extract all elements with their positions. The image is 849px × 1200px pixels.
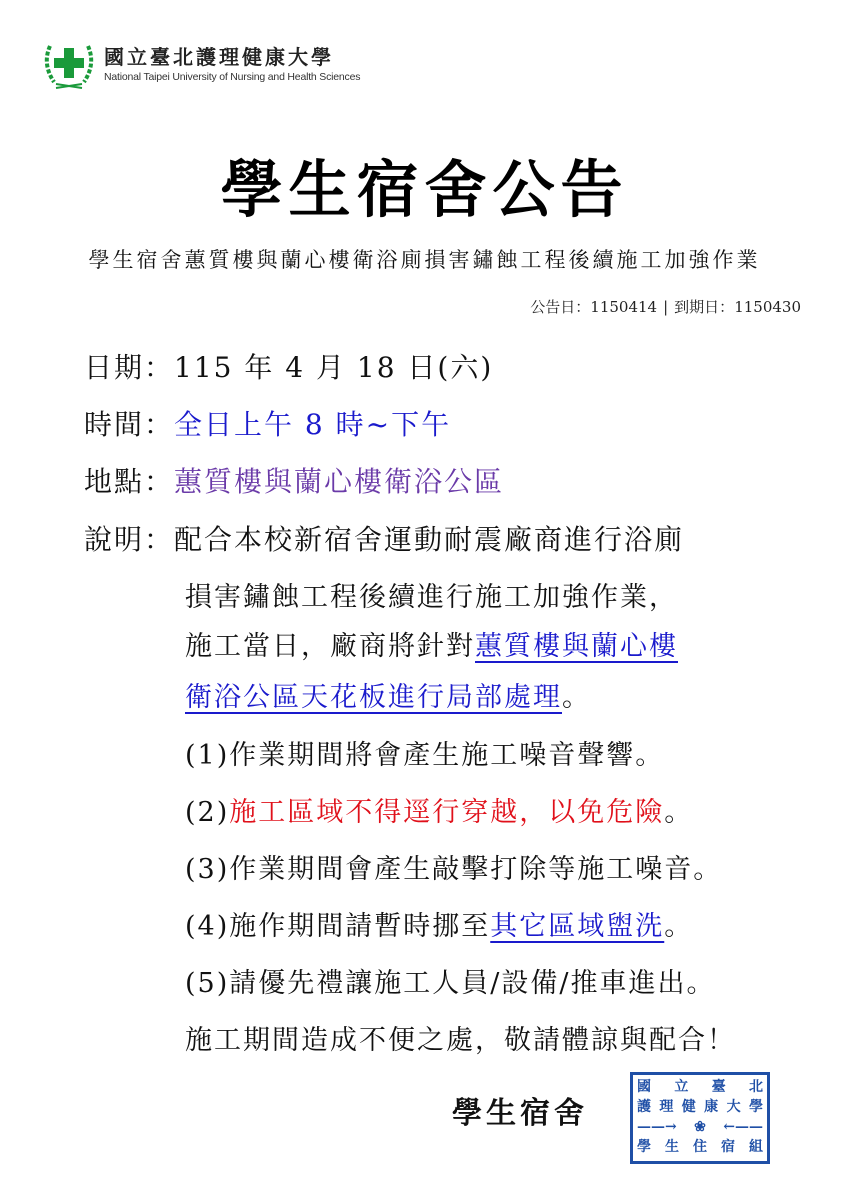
location-value: 蕙質樓與蘭心樓衛浴公區 (174, 465, 504, 498)
description-line-3: 施工當日，廠商將針對蕙質樓與蘭心樓 (185, 627, 678, 667)
description-line-1: 說明：配合本校新宿舍運動耐震廠商進行浴廁 (84, 520, 684, 560)
description-text: 。 (562, 682, 591, 713)
university-name-en: National Taipei University of Nursing an… (104, 71, 360, 83)
time-value: 全日上午 8 時~下午 (174, 408, 451, 441)
item-text: 施作期間請暫時挪至 (229, 911, 490, 942)
stamp-char: 大 (727, 1097, 741, 1117)
stamp-char: 康 (704, 1097, 718, 1117)
announce-date-label: 公告日： (530, 298, 590, 316)
location-link[interactable]: 蕙質樓與蘭心樓 (475, 631, 678, 662)
stamp-char: 健 (682, 1097, 696, 1117)
stamp-char: 護 (637, 1097, 651, 1117)
stamp-char: 組 (749, 1137, 763, 1157)
location-row: 地點：蕙質樓與蘭心樓衛浴公區 (84, 462, 504, 502)
stamp-char: 北 (749, 1077, 763, 1097)
location-label: 地點： (84, 462, 174, 502)
stamp-char: 住 (693, 1137, 707, 1157)
item-text: 。 (664, 797, 693, 828)
item-text: 。 (664, 911, 693, 942)
description-line-4: 衛浴公區天花板進行局部處理。 (185, 678, 591, 718)
item-number: (1) (185, 740, 229, 771)
description-text: 配合本校新宿舍運動耐震廠商進行浴廁 (174, 523, 684, 556)
notice-item-4: (4)施作期間請暫時挪至其它區域盥洗。 (185, 907, 693, 947)
date-separator: | (663, 298, 668, 316)
description-text: 施工當日，廠商將針對 (185, 631, 475, 662)
date-label: 日期： (84, 348, 174, 388)
description-line-2: 損害鏽蝕工程後續進行施工加強作業， (185, 578, 678, 618)
other-area-link[interactable]: 其它區域盥洗 (490, 911, 664, 942)
notice-item-1: (1)作業期間將會產生施工噪音聲響。 (185, 736, 664, 776)
stamp-char: 臺 (712, 1077, 726, 1097)
expire-date: 1150430 (734, 298, 801, 316)
date-value: 115 年 4 月 18 日(六) (174, 351, 493, 384)
item-number: (5) (185, 968, 229, 999)
page-title: 學生宿舍公告 (0, 140, 849, 229)
stamp-char: 學 (637, 1137, 651, 1157)
university-header: 國立臺北護理健康大學 National Taipei University of… (40, 38, 360, 90)
notice-item-2: (2)施工區域不得逕行穿越，以免危險。 (185, 793, 693, 833)
closing-text: 施工期間造成不便之處，敬請體諒與配合！ (185, 1021, 736, 1061)
stamp-row-4: 學生住宿組 (637, 1137, 763, 1157)
university-logo-icon (40, 38, 98, 90)
item-text: 請優先禮讓施工人員/設備/推車進出。 (229, 968, 715, 999)
plum-blossom-icon: ❀ (694, 1117, 706, 1137)
stamp-char: 理 (659, 1097, 673, 1117)
arrow-left-icon: ←—— (723, 1117, 763, 1137)
item-text: 作業期間會產生敲擊打除等施工噪音。 (229, 854, 722, 885)
date-row: 日期：115 年 4 月 18 日(六) (84, 348, 493, 388)
stamp-row-3: ——→❀←—— (637, 1117, 763, 1137)
stamp-char: 國 (637, 1077, 651, 1097)
item-text: 作業期間將會產生施工噪音聲響。 (229, 740, 664, 771)
stamp-char: 立 (674, 1077, 688, 1097)
notice-item-5: (5)請優先禮讓施工人員/設備/推車進出。 (185, 964, 715, 1004)
announce-date: 1150414 (590, 298, 657, 316)
stamp-char: 學 (749, 1097, 763, 1117)
stamp-row-1: 國立臺北 (637, 1077, 763, 1097)
signature: 學生宿舍 (452, 1088, 588, 1132)
stamp-row-2: 護理健康大學 (637, 1097, 763, 1117)
item-number: (4) (185, 911, 229, 942)
warning-text: 施工區域不得逕行穿越，以免危險 (229, 797, 664, 828)
description-label: 說明： (84, 520, 174, 560)
notice-subtitle: 學生宿舍蕙質樓與蘭心樓衛浴廁損害鏽蝕工程後續施工加強作業 (0, 244, 849, 274)
notice-item-3: (3)作業期間會產生敲擊打除等施工噪音。 (185, 850, 722, 890)
expire-date-label: 到期日： (674, 298, 734, 316)
university-name-zh: 國立臺北護理健康大學 (104, 45, 360, 69)
time-label: 時間： (84, 405, 174, 445)
arrow-right-icon: ——→ (637, 1117, 677, 1137)
stamp-char: 宿 (721, 1137, 735, 1157)
ceiling-work-link[interactable]: 衛浴公區天花板進行局部處理 (185, 682, 562, 713)
notice-dates: 公告日：1150414|到期日：1150430 (530, 296, 801, 317)
official-stamp: 國立臺北 護理健康大學 ——→❀←—— 學生住宿組 (630, 1072, 770, 1164)
stamp-char: 生 (665, 1137, 679, 1157)
item-number: (3) (185, 854, 229, 885)
item-number: (2) (185, 797, 229, 828)
time-row: 時間：全日上午 8 時~下午 (84, 405, 451, 445)
